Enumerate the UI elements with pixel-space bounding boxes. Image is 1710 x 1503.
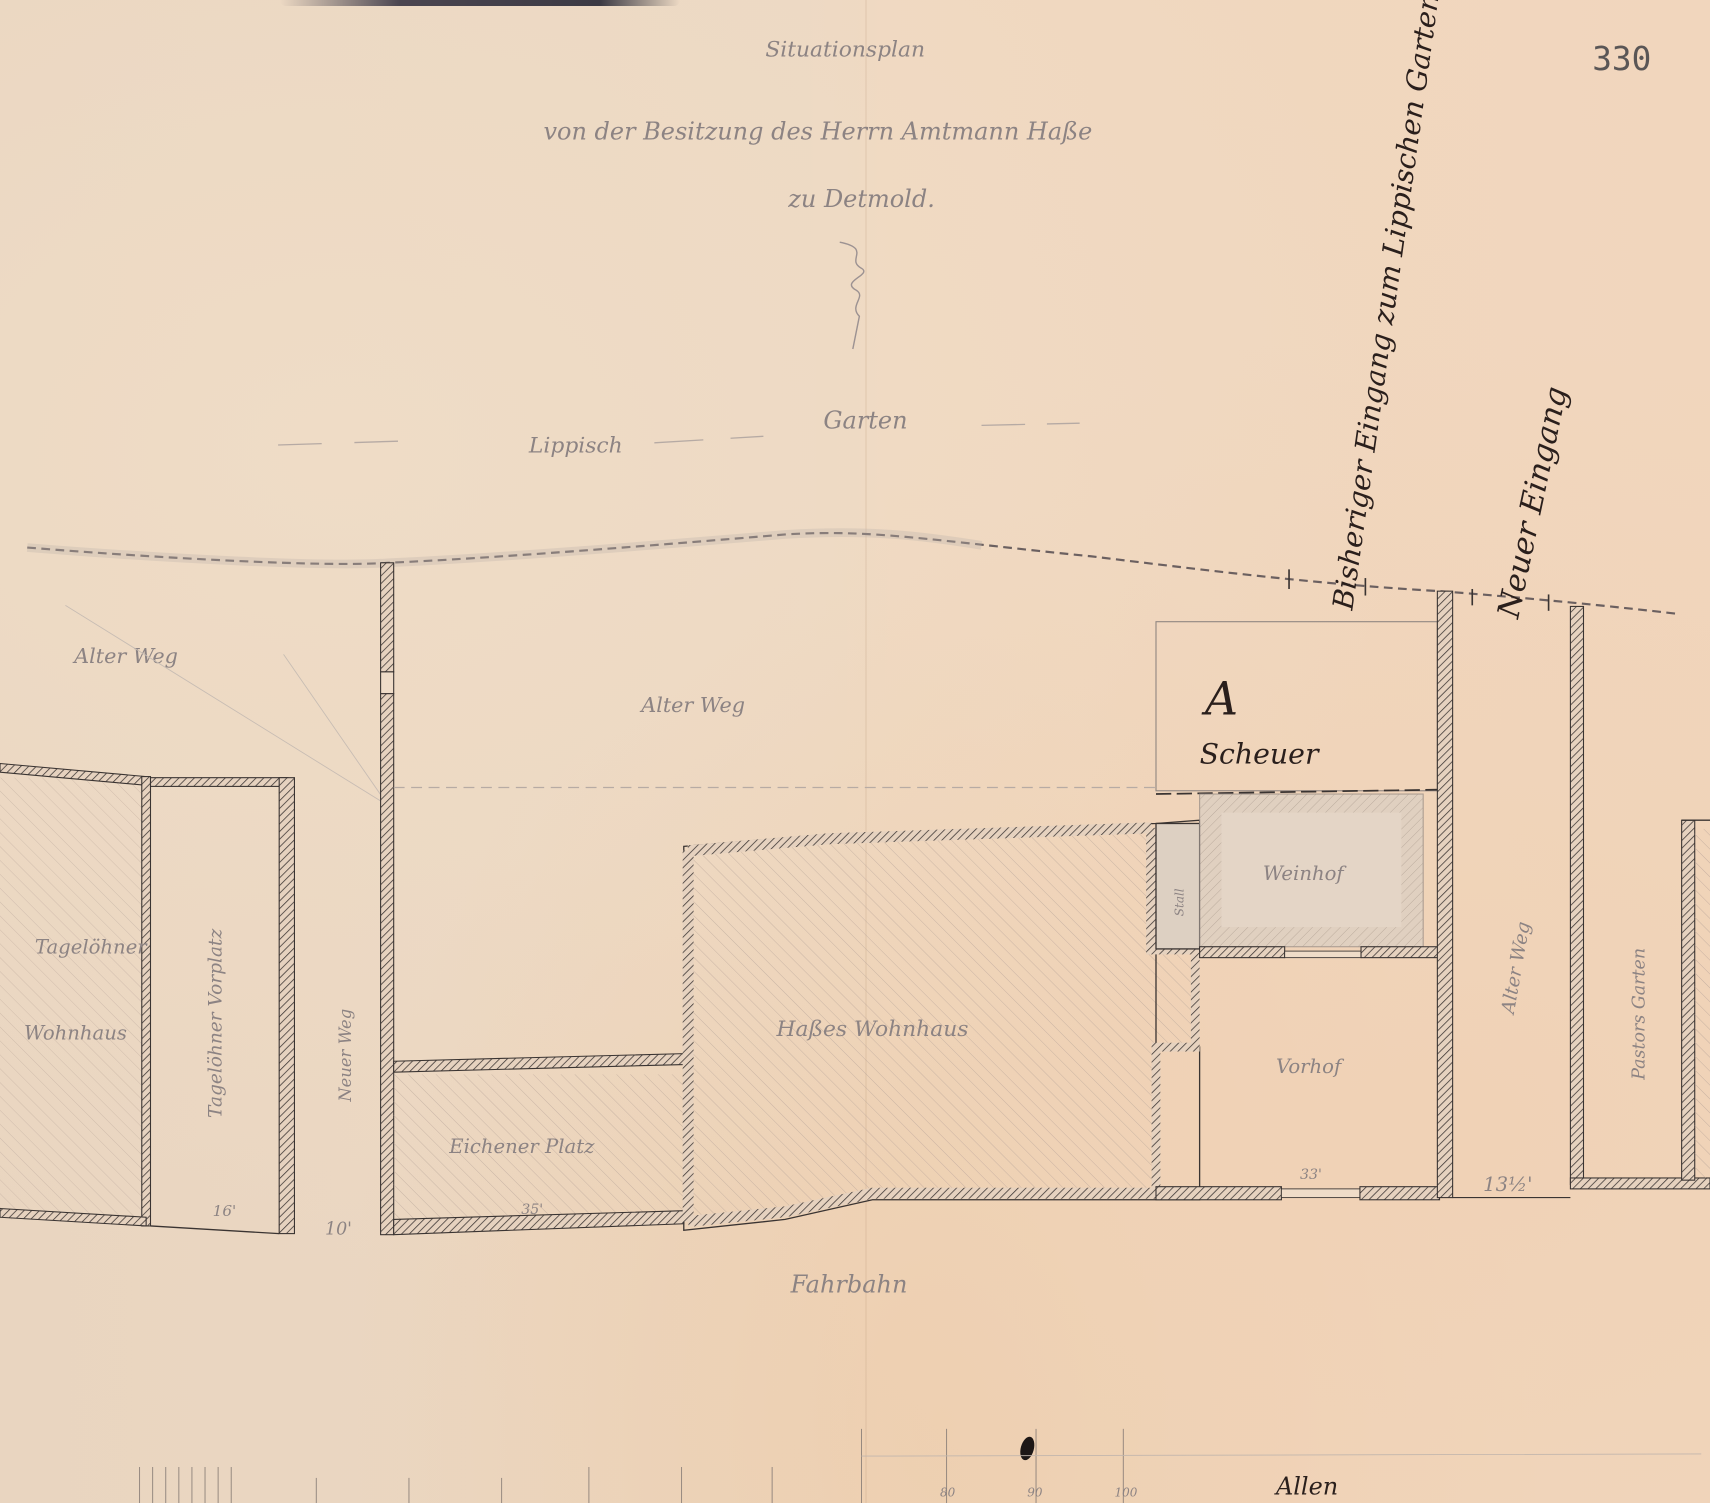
dim-35ft: 35' (521, 1202, 543, 1218)
dim-33ft: 33' (1300, 1167, 1322, 1183)
far-right-plot: Pastors Garten (1570, 606, 1710, 1188)
site-plan-drawing: Situationsplan von der Besitzung des Her… (0, 0, 1710, 1503)
alter-weg-right: Alter Weg 13½' (1453, 920, 1571, 1198)
scale-label-90: 90 (1027, 1485, 1043, 1499)
eichener-platz: Eichener Platz 35' (394, 1054, 684, 1235)
label-eichener-platz: Eichener Platz (448, 1135, 595, 1158)
dim-10ft: 10' (325, 1220, 352, 1240)
left-narrow-room: Tagelöhner Vorplatz 16' (150, 778, 294, 1234)
label-alter-weg-right: Alter Weg (1498, 920, 1535, 1017)
title-line-2: von der Besitzung des Herrn Amtmann Haße (543, 118, 1092, 146)
label-scheuer-letter: A (1201, 671, 1238, 725)
label-lippisch: Lippisch (528, 434, 623, 459)
plan-sheet: Situationsplan von der Besitzung des Her… (0, 0, 1710, 1503)
label-small-room: Stall (1172, 888, 1186, 916)
label-alter-weg-middle: Alter Weg (639, 693, 745, 717)
dim-16ft: 16' (213, 1202, 237, 1220)
scheuer-area: A Scheuer (1156, 622, 1440, 794)
top-label-row: Lippisch Garten (278, 407, 1080, 459)
title-line-3: zu Detmold. (787, 185, 935, 213)
label-neuer-weg: Neuer Weg (336, 1009, 355, 1103)
pencil-construction-line (65, 605, 381, 801)
annotation-bisheriger-eingang: Bisheriger Eingang zum Lippischen Garten (1326, 0, 1445, 613)
flourish-mark (840, 242, 864, 349)
pencil-construction-line (284, 654, 382, 796)
label-wohnhaus-left: Wohnhaus (24, 1021, 127, 1044)
scale-label-80: 80 (940, 1485, 956, 1499)
ink-signature-fragment: Allen (1274, 1472, 1338, 1500)
label-fahrbahn: Fahrbahn (790, 1270, 908, 1298)
weinhof: Weinhof (1200, 794, 1440, 958)
title-block: Situationsplan von der Besitzung des Her… (543, 38, 1092, 349)
dim-13-5ft: 13½' (1483, 1173, 1532, 1196)
label-tagelohner-vorplatz: Tagelöhner Vorplatz (205, 929, 226, 1118)
property-right-wall (1437, 591, 1452, 1197)
label-pastors-garten: Pastors Garten (1630, 948, 1650, 1081)
label-tagelohner: Tagelöhner (35, 935, 148, 958)
main-house: Haßes Wohnhaus (684, 820, 1200, 1230)
label-weinhof: Weinhof (1263, 862, 1348, 885)
small-room: Stall (1156, 823, 1200, 948)
boundary-line (27, 533, 1679, 614)
label-vorhof: Vorhof (1276, 1055, 1345, 1078)
label-scheuer: Scheuer (1200, 737, 1320, 770)
page-number: 330 (1592, 40, 1651, 78)
scale-bar (140, 1429, 1702, 1503)
scale-bar-labels: 80 90 100 (940, 1485, 1138, 1499)
annotation-neuer-eingang: Neuer Eingang (1491, 384, 1574, 623)
title-line-1: Situationsplan (765, 38, 925, 63)
label-garten: Garten (823, 407, 907, 435)
vorhof: Vorhof 33' (1156, 1055, 1440, 1200)
left-house: Tagelöhner Wohnhaus (0, 763, 150, 1225)
ink-blot (1018, 1435, 1037, 1462)
boundary-pencil-shading (27, 533, 981, 564)
label-alter-weg-top-left: Alter Weg (72, 644, 178, 668)
label-main-wohnhaus: Haßes Wohnhaus (775, 1017, 968, 1042)
scale-label-100: 100 (1115, 1485, 1138, 1499)
